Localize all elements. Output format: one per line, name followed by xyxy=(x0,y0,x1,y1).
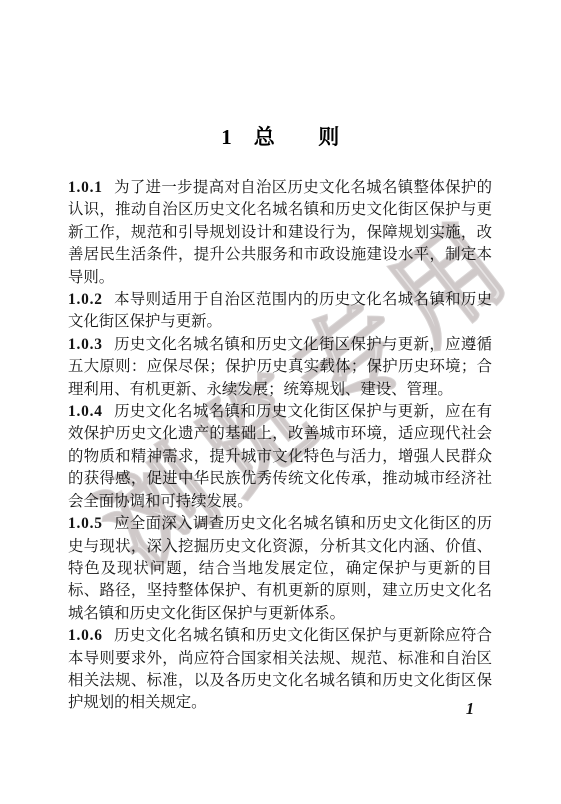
clause-text: 本导则适用于自治区范围内的历史文化名城名镇和历史文化街区保护与更新。 xyxy=(68,291,492,330)
clause-paragraph: 1.0.3历史文化名城名镇和历史文化街区保护与更新，应遵循五大原则：应保尽保；保… xyxy=(68,334,492,401)
clause-paragraph: 1.0.6历史文化名城名镇和历史文化街区保护与更新除应符合本导则要求外，尚应符合… xyxy=(68,625,492,715)
clause-text: 历史文化名城名镇和历史文化街区保护与更新除应符合本导则要求外，尚应符合国家相关法… xyxy=(68,627,492,711)
clause-number: 1.0.6 xyxy=(68,627,103,644)
clause-paragraph: 1.0.5应全面深入调查历史文化名城名镇和历史文化街区的历史与现状，深入挖掘历史… xyxy=(68,513,492,625)
clause-number: 1.0.4 xyxy=(68,403,103,420)
clause-paragraph: 1.0.4历史文化名城名镇和历史文化街区保护与更新，应在有效保护历史文化遗产的基… xyxy=(68,401,492,513)
clause-number: 1.0.1 xyxy=(68,179,103,196)
clause-text: 应全面深入调查历史文化名城名镇和历史文化街区的历史与现状，深入挖掘历史文化资源，… xyxy=(68,515,492,622)
clause-number: 1.0.2 xyxy=(68,291,103,308)
chapter-title: 1 总 则 xyxy=(0,121,561,151)
clause-text: 历史文化名城名镇和历史文化街区保护与更新，应遵循五大原则：应保尽保；保护历史真实… xyxy=(68,336,492,398)
clause-text: 历史文化名城名镇和历史文化街区保护与更新，应在有效保护历史文化遗产的基础上，改善… xyxy=(68,403,492,510)
page-number: 1 xyxy=(460,699,480,719)
document-page: 浏览专用 1 总 则 1.0.1为了进一步提高对自治区历史文化名城名镇整体保护的… xyxy=(0,0,561,804)
clause-number: 1.0.5 xyxy=(68,515,103,532)
clause-paragraph: 1.0.1为了进一步提高对自治区历史文化名城名镇整体保护的认识，推动自治区历史文… xyxy=(68,177,492,289)
clause-number: 1.0.3 xyxy=(68,336,103,353)
clause-text: 为了进一步提高对自治区历史文化名城名镇整体保护的认识，推动自治区历史文化名城名镇… xyxy=(68,179,492,286)
clause-paragraph: 1.0.2本导则适用于自治区范围内的历史文化名城名镇和历史文化街区保护与更新。 xyxy=(68,289,492,334)
document-body: 1.0.1为了进一步提高对自治区历史文化名城名镇整体保护的认识，推动自治区历史文… xyxy=(68,177,492,715)
